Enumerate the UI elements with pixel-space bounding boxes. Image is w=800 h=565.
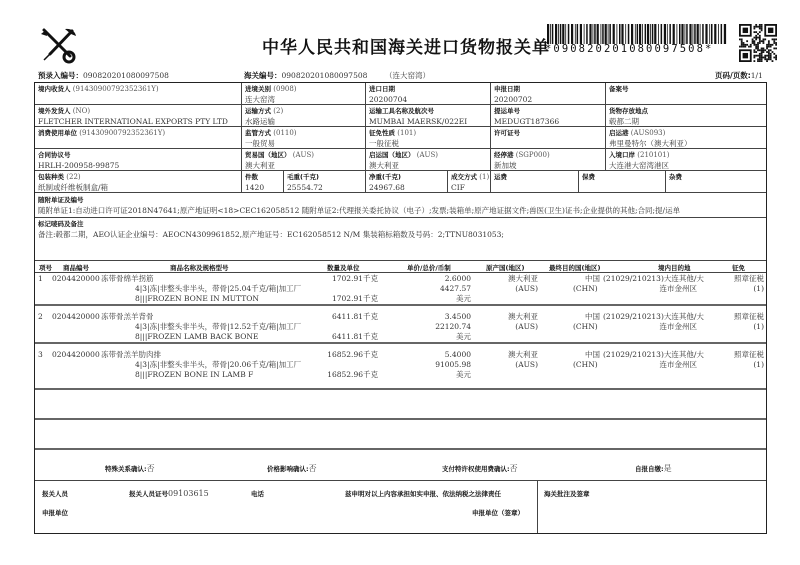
item-dest-country: 中国 [585, 274, 600, 284]
field-gross-weight: 毛重(千克) 25554.72 [284, 171, 366, 193]
divider [35, 342, 766, 344]
th-quantity: 数量及单位 [327, 263, 360, 272]
th-domestic-dest: 境内目的地 [658, 263, 691, 272]
item-no: 1 [38, 274, 43, 284]
divider [35, 388, 766, 390]
field-pieces: 件数 1420 [242, 171, 284, 193]
th-hs-code: 商品编号 [63, 263, 89, 272]
remarks-value: 备注:毂都二期，AEO认证企业编号：AEOCN4309961852,原产地证号：… [38, 229, 504, 240]
th-origin: 原产国(地区) [486, 263, 524, 272]
item-origin-code: (AUS) [515, 360, 538, 370]
item-currency: 美元 [456, 332, 471, 342]
item-currency: 美元 [456, 370, 471, 380]
item-dest-country: 中国 [585, 350, 600, 360]
item-unit-price: 5.4000 [445, 350, 471, 360]
divider [35, 272, 766, 273]
customs-number: 海关编号：090820201080097508 [244, 70, 367, 81]
field-net-weight: 净重(千克) 24967.68 [366, 171, 448, 193]
attached-docs-label: 随附单证及编号 [38, 195, 84, 204]
royalty-confirm: 支付特许权使用费确认:否 [442, 463, 518, 474]
field-entry-port: 入境口岸 (210101) 大连港大窑湾港区 [606, 149, 766, 171]
document-title: 中华人民共和国海关进口货物报关单 [262, 33, 550, 58]
declarant-id: 报关人员证号09103615 [129, 489, 209, 498]
customs-remark-label: 海关批注及签章 [544, 489, 590, 498]
special-relation-confirm: 特殊关系确认:否 [105, 463, 155, 474]
phone-label: 电话 [251, 489, 264, 498]
item-spec: 4|3|冻|非整头非半头，带骨|12.52千克/箱|加工厂 [135, 322, 301, 332]
field-transit-port: 经停港 (SGP000) 新加坡 [491, 149, 606, 171]
item-levy-code: (1) [753, 284, 764, 294]
item-quantity-legal: 6411.81千克 [332, 332, 378, 342]
item-domestic-dest-2: 连市金州区 [660, 322, 698, 332]
th-name-spec: 商品名称及规格型号 [170, 263, 229, 272]
attached-docs-value: 随附单证1:自动进口许可证2018N47641;原产地证明<18>CEC1620… [38, 205, 680, 216]
field-consignee: 境内收货人 (91430900792352361Y) [35, 83, 242, 105]
item-levy-code: (1) [753, 322, 764, 332]
field-levy-nature: 征免性质 (101) 一般征税 [366, 127, 491, 149]
item-dest-code: (CHN) [573, 284, 598, 294]
item-spec-en: 8|||FROZEN BONE IN MUTTON [135, 294, 259, 304]
th-dest-country: 最终目的国(地区) [549, 263, 600, 272]
item-levy-code: (1) [753, 360, 764, 370]
pre-entry-number: 预录入编号：090820201080097508 [38, 70, 169, 81]
item-name: 冻带骨绵羊拐筋 [101, 274, 154, 284]
field-origin-country: 启运国（地区） (AUS) 澳大利亚 [366, 149, 491, 171]
item-name: 冻带骨羔羊背骨 [101, 312, 154, 322]
item-spec-en: 8|||FROZEN LAMB BACK BONE [135, 332, 258, 342]
item-levy: 照章征税 [734, 312, 764, 322]
item-levy: 照章征税 [734, 350, 764, 360]
item-hs-code: 0204420000 [52, 312, 100, 322]
field-supervision: 监管方式 (0110) 一般贸易 [242, 127, 366, 149]
field-consumer: 消费使用单位 (91430900792352361Y) [35, 127, 242, 149]
item-quantity: 1702.91千克 [332, 274, 378, 284]
divider [35, 448, 766, 450]
item-spec: 4|3|冻|非整头非半头，带骨|25.04千克/箱|加工厂 [135, 284, 301, 294]
divider [35, 304, 766, 306]
field-bill-no: 提运单号 MEDUGT187366 [491, 105, 606, 127]
item-domestic-dest: (21029/210213)大连其他/大 [603, 350, 704, 360]
barcode [547, 24, 727, 44]
field-consignor: 境外发货人 (NO) FLETCHER INTERNATIONAL EXPORT… [35, 105, 242, 127]
th-item-no: 项号 [39, 263, 52, 272]
field-deal-mode: 成交方式 (1) CIF [448, 171, 491, 193]
divider [35, 260, 766, 261]
item-domestic-dest: (21029/210213)大连其他/大 [603, 274, 704, 284]
customs-emblem-logo [38, 26, 80, 64]
item-spec: 4|3|冻|非整头非半头，带骨|20.06千克/箱|加工厂 [135, 360, 301, 370]
field-freight: 运费 [491, 171, 579, 193]
field-insurance: 保费 [579, 171, 666, 193]
field-record-no: 备案号 [606, 83, 766, 105]
item-dest-code: (CHN) [573, 322, 598, 332]
item-no: 3 [38, 350, 43, 360]
self-report-confirm: 自报自缴:是 [635, 463, 672, 474]
divider [35, 418, 766, 420]
barcode-number: *090820201080097508* [545, 43, 713, 55]
declaration-statement: 兹申明对以上内容承担如实申报、依法纳税之法律责任 [345, 489, 501, 498]
item-origin: 澳大利亚 [508, 312, 538, 322]
item-currency: 美元 [456, 294, 471, 304]
field-storage: 货物存放地点 毂都二期 [606, 105, 766, 127]
field-departure-port: 启运港 (AUS093) 弗里曼特尔（澳大利亚） [606, 127, 766, 149]
item-origin-code: (AUS) [515, 284, 538, 294]
item-unit-price: 2.6000 [445, 274, 471, 284]
th-levy: 征免 [732, 263, 745, 272]
page-indicator: 页码/页数:1/1 [715, 70, 763, 81]
item-spec-en: 8|||FROZEN BONE IN LAMB F [135, 370, 253, 380]
item-quantity-legal: 16852.96千克 [327, 370, 378, 380]
item-name: 冻带骨羔羊肋肉排 [101, 350, 161, 360]
item-hs-code: 0204420000 [52, 350, 100, 360]
field-transport-mode: 运输方式 (2) 水路运输 [242, 105, 366, 127]
qr-code [739, 24, 777, 62]
remarks-label: 标记唛码及备注 [38, 219, 84, 228]
item-dest-country: 中国 [585, 312, 600, 322]
item-origin: 澳大利亚 [508, 350, 538, 360]
item-total-price: 22120.74 [435, 322, 471, 332]
item-origin-code: (AUS) [515, 322, 538, 332]
field-trade-country: 贸易国（地区） (AUS) 澳大利亚 [242, 149, 366, 171]
item-domestic-dest-2: 连市金州区 [660, 284, 698, 294]
field-vessel: 运输工具名称及航次号 MUMBAI MAERSK/022EI [366, 105, 491, 127]
th-price: 单价/总价/币制 [407, 263, 451, 272]
stamp-label: 申报单位（签章） [472, 508, 524, 517]
field-declare-date: 申报日期 20200702 [491, 83, 606, 105]
declarant-label: 报关人员 [42, 489, 68, 498]
customs-office: （连大窑湾） [385, 70, 430, 81]
item-dest-code: (CHN) [573, 360, 598, 370]
item-quantity: 16852.96千克 [327, 350, 378, 360]
field-license-no: 许可证号 [491, 127, 606, 149]
item-levy: 照章征税 [734, 274, 764, 284]
declaration-form: 境内收货人 (91430900792352361Y) 进境关别 (0908) 连… [34, 82, 767, 534]
item-unit-price: 3.4500 [445, 312, 471, 322]
item-hs-code: 0204420000 [52, 274, 100, 284]
item-origin: 澳大利亚 [508, 274, 538, 284]
divider [537, 480, 538, 533]
field-contract-no: 合同协议号 HRLH-200958-99875 [35, 149, 242, 171]
field-misc: 杂费 [666, 171, 766, 193]
item-quantity: 6411.81千克 [332, 312, 378, 322]
item-total-price: 91005.98 [435, 360, 471, 370]
item-no: 2 [38, 312, 43, 322]
divider [35, 217, 766, 218]
declaring-unit-label: 申报单位 [42, 508, 68, 517]
item-domestic-dest-2: 连市金州区 [660, 360, 698, 370]
item-domestic-dest: (21029/210213)大连其他/大 [603, 312, 704, 322]
field-packaging: 包装种类 (22) 纸制或纤维板制盒/箱 [35, 171, 242, 193]
price-influence-confirm: 价格影响确认:否 [267, 463, 317, 474]
field-entry-customs: 进境关别 (0908) 连大窑湾 [242, 83, 366, 105]
item-total-price: 4427.57 [440, 284, 471, 294]
item-quantity-legal: 1702.91千克 [332, 294, 378, 304]
field-import-date: 进口日期 20200704 [366, 83, 491, 105]
divider [35, 480, 766, 481]
